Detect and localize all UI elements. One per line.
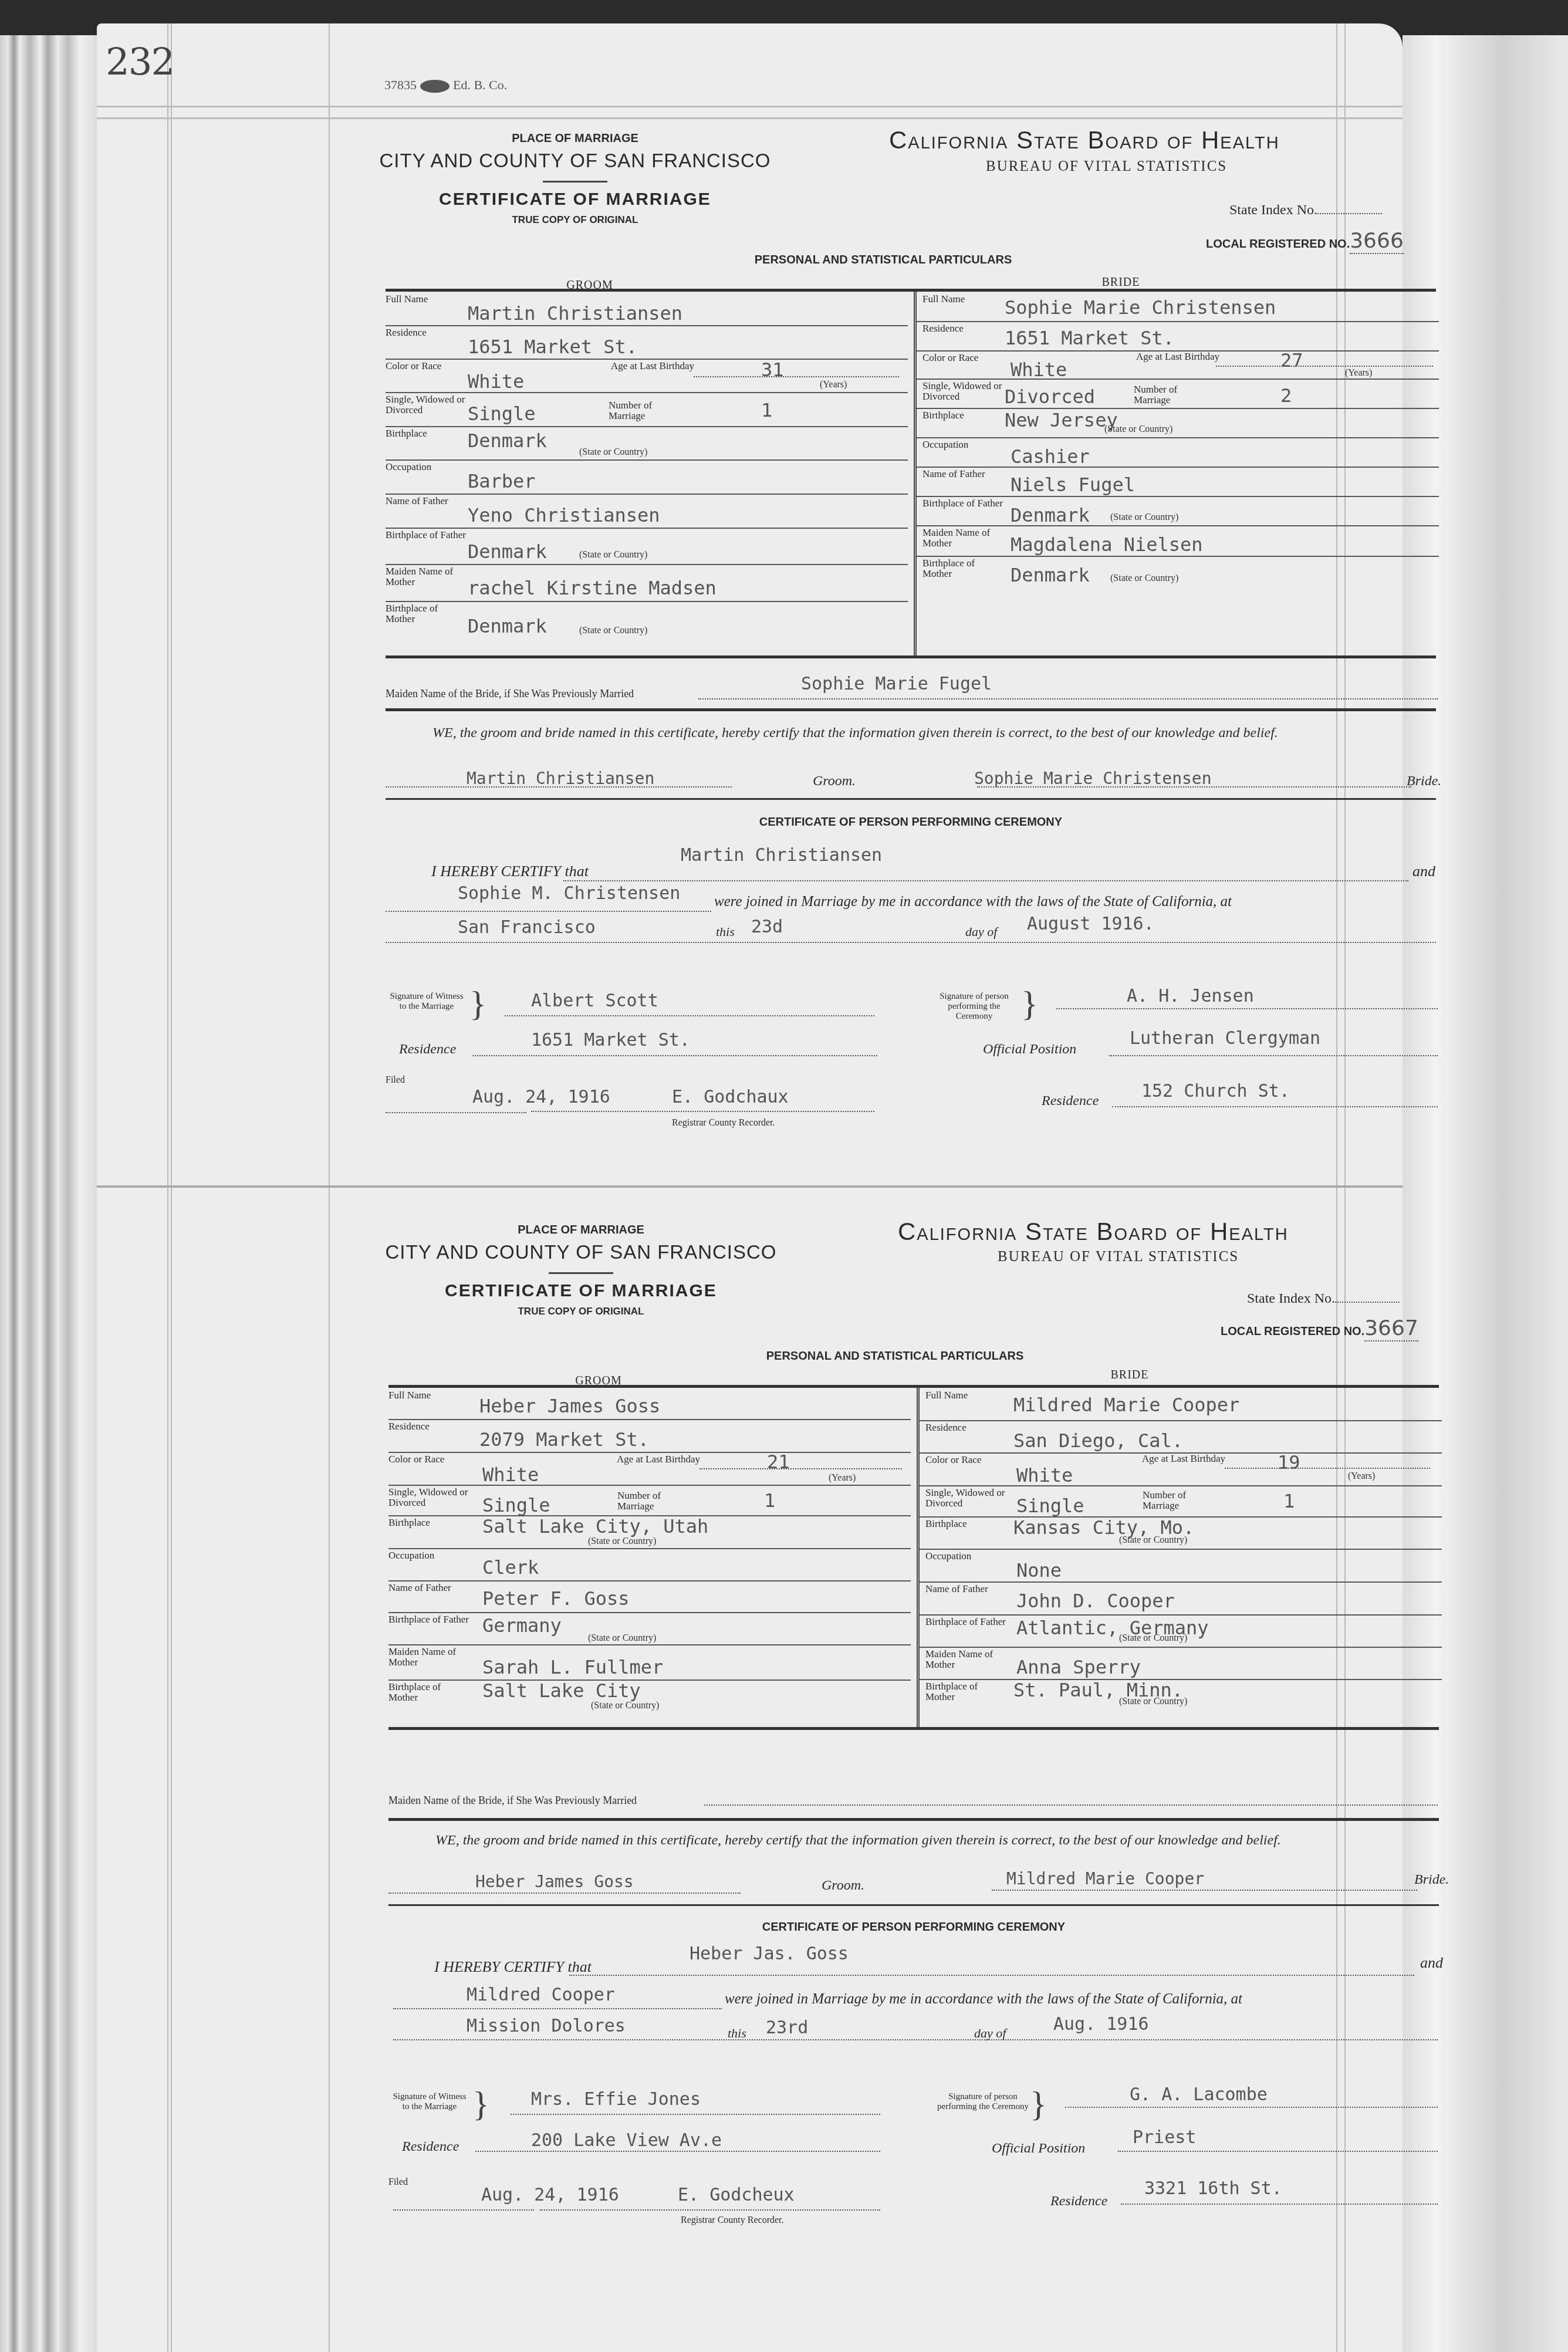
label: Occupation [922, 440, 1005, 450]
label: Occupation [925, 1551, 1008, 1562]
label: Name of Father [388, 1583, 471, 1593]
ledger-binding-edge [0, 35, 100, 2352]
board-title: California State Board of Health [889, 126, 1280, 154]
ceremony-party-1: Heber Jas. Goss [690, 1944, 849, 1964]
label: Residence [925, 1422, 1008, 1433]
dotted-line [699, 1468, 902, 1469]
label: Name of Father [386, 496, 468, 506]
label: Single, Widowed or Divorced [925, 1488, 1008, 1509]
bride-father-row: Name of FatherJohn D. Cooper [920, 1581, 1442, 1616]
dotted-line [505, 1015, 874, 1016]
dotted-line [511, 2114, 880, 2115]
bride-marital-status: Single [1016, 1495, 1084, 1517]
label: Single, Widowed or Divorced [388, 1487, 471, 1508]
bride-role-label: Bride. [1414, 1872, 1449, 1888]
groom-father-name: Yeno Christiansen [468, 504, 660, 526]
dotted-line [1065, 2107, 1438, 2108]
official-position-label: Official Position [983, 1042, 1076, 1057]
label: Color or Race [925, 1455, 1008, 1465]
bride-marital-status: Divorced [1005, 386, 1095, 408]
groom-number-of-marriage: 1 [761, 399, 772, 421]
filed-date: Aug. 24, 1916 [481, 2185, 619, 2205]
divider [386, 708, 1436, 711]
certification-statement: WE, the groom and bride named in this ce… [386, 721, 1436, 745]
groom-full-name-row: Full NameHeber James Goss [388, 1388, 911, 1420]
filed-label: Filed [388, 2177, 408, 2188]
this-label: this [728, 2026, 746, 2041]
ceremony-party-1: Martin Christiansen [681, 845, 882, 866]
local-registered-value: 3667 [1364, 1316, 1418, 1341]
bride-role-label: Bride. [1407, 773, 1441, 789]
divider [549, 1272, 613, 1274]
divider [386, 798, 1436, 800]
label: (Years) [829, 1473, 856, 1483]
dotted-line [1121, 2204, 1438, 2205]
groom-mother-row: Maiden Name of MotherSarah L. Fullmer [388, 1644, 911, 1681]
groom-mother-birthplace-row: Birthplace of MotherSalt Lake City(State… [388, 1679, 911, 1724]
dotted-line [1216, 366, 1433, 367]
bride-number-of-marriage: 2 [1280, 384, 1292, 407]
particulars-title: PERSONAL AND STATISTICAL PARTICULARS [364, 1350, 1426, 1363]
bride-residence: 1651 Market St. [1005, 327, 1174, 349]
dotted-line [472, 1055, 877, 1056]
groom-occupation: Barber [468, 470, 536, 492]
ceremony-party-2: Mildred Cooper [467, 1985, 615, 2005]
label: (State or Country) [588, 1536, 656, 1547]
bride-color-race: White [1011, 359, 1067, 381]
certificate-subtitle: TRUE COPY OF ORIGINAL [364, 214, 786, 226]
bride-signature: Mildred Marie Cooper [1006, 1869, 1204, 1888]
brace-icon: } [472, 2086, 489, 2121]
official-position: Lutheran Clergyman [1130, 1028, 1320, 1049]
dotted-line [1118, 2151, 1438, 2152]
groom-role-label: Groom. [822, 1878, 864, 1894]
header-rule [97, 117, 1403, 119]
bride-full-name-row: Full NameMildred Marie Cooper [920, 1388, 1442, 1421]
bride-column: Full NameMildred Marie Cooper ResidenceS… [917, 1388, 1442, 1727]
groom-color-row: Color or RaceWhiteAge at Last Birthday31… [386, 359, 908, 393]
this-label: this [716, 924, 735, 940]
groom-status-row: Single, Widowed or DivorcedSingleNumber … [388, 1485, 911, 1516]
performing-title: CERTIFICATE OF PERSON PERFORMING CEREMON… [386, 816, 1436, 829]
and-label: and [1412, 863, 1435, 880]
bride-residence-row: ResidenceSan Diego, Cal. [920, 1420, 1442, 1454]
officiant-residence: 152 Church St. [1141, 1081, 1290, 1101]
bride-occupation-row: OccupationNone [920, 1549, 1442, 1583]
bride-full-name: Sophie Marie Christensen [1005, 296, 1276, 319]
bride-birthplace: New Jersey [1005, 409, 1118, 431]
groom-birthplace-row: BirthplaceDenmark(State or Country) [386, 426, 908, 461]
label: Age at Last Birthday [1134, 352, 1222, 362]
label: (State or Country) [579, 626, 647, 636]
witness-residence-label: Residence [399, 1042, 456, 1057]
label: Number of Marriage [1143, 1490, 1207, 1511]
certificate-divider [97, 1185, 1403, 1188]
printer-mark: 37835Ed. B. Co. [384, 77, 507, 93]
dotted-line [1112, 1106, 1438, 1107]
label: Age at Last Birthday [614, 1454, 702, 1465]
joined-statement: were joined in Marriage by me in accorda… [725, 1991, 1242, 2008]
label: (State or Country) [1119, 1697, 1187, 1707]
bride-mother-row: Maiden Name of MotherAnna Sperry [920, 1647, 1442, 1680]
officiant-residence-label: Residence [1042, 1093, 1099, 1109]
printer-name: Ed. B. Co. [453, 77, 507, 92]
label: Color or Race [922, 353, 1005, 363]
particulars-title: PERSONAL AND STATISTICAL PARTICULARS [352, 254, 1414, 267]
label: (State or Country) [579, 550, 647, 560]
bride-status-row: Single, Widowed or DivorcedSingleNumber … [920, 1485, 1442, 1518]
groom-mother-row: Maiden Name of Motherrachel Kirstine Mad… [386, 564, 908, 602]
printer-number: 37835 [384, 77, 417, 92]
bride-residence-row: Residence1651 Market St. [917, 321, 1439, 352]
label: Residence [922, 323, 1005, 334]
label: Birthplace of Mother [922, 558, 1005, 579]
particulars-table: Full NameHeber James Goss Residence2079 … [388, 1385, 1439, 1730]
dotted-line [1225, 1468, 1430, 1469]
state-index-label: State Index No. [1229, 202, 1317, 218]
groom-birthplace: Denmark [468, 430, 547, 452]
and-label: and [1420, 1954, 1443, 1972]
groom-occupation-row: OccupationClerk [388, 1548, 911, 1581]
dotted-line [694, 376, 899, 377]
label: Birthplace [925, 1519, 1008, 1529]
groom-role-label: Groom. [813, 773, 856, 789]
label: (State or Country) [1110, 573, 1178, 584]
official-position: Priest [1133, 2127, 1196, 2148]
dotted-line [992, 1890, 1417, 1891]
label: Maiden Name of Mother [388, 1647, 471, 1668]
groom-residence-row: Residence1651 Market St. [386, 325, 908, 360]
state-index: State Index No. [1247, 1291, 1400, 1307]
bride-mother-row: Maiden Name of MotherMagdalena Nielsen [917, 525, 1439, 557]
bride-residence: San Diego, Cal. [1013, 1430, 1183, 1452]
label: Birthplace of Mother [386, 603, 468, 624]
groom-mother-maiden-name: Sarah L. Fullmer [482, 1656, 663, 1678]
dotted-line [386, 911, 711, 912]
dotted-line [393, 2008, 722, 2009]
bride-occupation: None [1016, 1559, 1062, 1581]
groom-color-race: White [468, 370, 524, 393]
bride-full-name: Mildred Marie Cooper [1013, 1394, 1239, 1416]
label: Occupation [386, 462, 468, 472]
bride-birthplace-row: BirthplaceKansas City, Mo.(State or Coun… [920, 1516, 1442, 1550]
label: (Years) [1348, 1471, 1375, 1482]
place-of-marriage: CITY AND COUNTY OF SAN FRANCISCO [364, 150, 786, 172]
place-of-marriage: CITY AND COUNTY OF SAN FRANCISCO [370, 1241, 792, 1263]
groom-mother-birthplace: Salt Lake City [482, 1679, 641, 1702]
label: Color or Race [388, 1454, 471, 1465]
place-label: PLACE OF MARRIAGE [364, 132, 786, 146]
local-registered-label: LOCAL REGISTERED NO. [1206, 238, 1350, 251]
groom-father-row: Name of FatherYeno Christiansen [386, 494, 908, 529]
label: (State or Country) [579, 447, 647, 458]
label: Birthplace of Father [386, 530, 468, 540]
label: (State or Country) [1119, 1535, 1187, 1546]
bride-heading: BRIDE [871, 1368, 1388, 1382]
bride-number-of-marriage: 1 [1283, 1490, 1295, 1512]
groom-father-birthplace: Germany [482, 1614, 562, 1637]
certificate-title: CERTIFICATE OF MARRIAGE [370, 1281, 792, 1301]
groom-mother-birthplace-row: Birthplace of MotherDenmark(State or Cou… [386, 601, 908, 653]
label: Residence [388, 1421, 471, 1432]
witness-signature: Mrs. Effie Jones [531, 2089, 701, 2110]
bride-age: 19 [1278, 1451, 1300, 1474]
registrar-name: E. Godcheux [678, 2185, 795, 2205]
witness-residence: 1651 Market St. [531, 1030, 690, 1050]
margin-rule [167, 23, 168, 2352]
label: (State or Country) [1119, 1633, 1187, 1644]
bride-color-row: Color or RaceWhiteAge at Last Birthday27… [917, 350, 1439, 380]
dotted-line [475, 2151, 880, 2152]
divider [543, 181, 607, 183]
margin-rule [329, 23, 330, 2352]
groom-status-row: Single, Widowed or DivorcedSingleNumber … [386, 392, 908, 427]
label: Name of Father [925, 1584, 1008, 1594]
label: Full Name [388, 1390, 471, 1401]
label: (Years) [1345, 368, 1372, 379]
certificate-title: CERTIFICATE OF MARRIAGE [364, 190, 786, 209]
margin-rule [171, 23, 172, 2352]
official-position-label: Official Position [992, 2141, 1085, 2157]
registrar-name: E. Godchaux [672, 1087, 789, 1107]
label: Birthplace of Mother [388, 1682, 471, 1703]
label: Single, Widowed or Divorced [922, 381, 1005, 402]
dotted-line [393, 2039, 1438, 2040]
groom-color-row: Color or RaceWhiteAge at Last Birthday21… [388, 1452, 911, 1486]
bureau-title: BUREAU OF VITAL STATISTICS [998, 1249, 1239, 1265]
ceremony-place: San Francisco [458, 917, 596, 938]
divider [388, 1904, 1439, 1906]
bride-heading: BRIDE [863, 276, 1379, 289]
local-registered-label: LOCAL REGISTERED NO. [1221, 1325, 1364, 1338]
joined-statement: were joined in Marriage by me in accorda… [714, 894, 1232, 910]
label: (State or Country) [588, 1633, 656, 1644]
officiant-signature-label: Signature of person performing the Cerem… [936, 2092, 1030, 2112]
label: Full Name [925, 1390, 1008, 1401]
local-registered: LOCAL REGISTERED NO.3666 [1206, 229, 1404, 254]
label: Number of Marriage [609, 400, 673, 421]
header-rule [97, 106, 1403, 107]
brace-icon: } [1021, 986, 1038, 1021]
groom-residence: 1651 Market St. [468, 336, 637, 358]
officiant-residence-label: Residence [1050, 2194, 1107, 2209]
bride-mother-maiden-name: Magdalena Nielsen [1011, 533, 1203, 556]
groom-marital-status: Single [482, 1494, 550, 1516]
ceremony-month-year: August 1916. [1027, 914, 1154, 934]
bride-mother-birthplace: Denmark [1011, 564, 1090, 586]
groom-age: 21 [767, 1451, 790, 1473]
groom-father-birthplace: Denmark [468, 540, 547, 563]
hereby-certify-label: I HEREBY CERTIFY that [431, 863, 589, 880]
groom-age: 31 [761, 359, 784, 381]
officiant-signature-label: Signature of person performing the Cerem… [930, 992, 1018, 1022]
label: (Years) [820, 380, 847, 390]
dotted-line [386, 942, 1436, 943]
ceremony-day: 23rd [766, 2018, 808, 2038]
groom-occupation: Clerk [482, 1556, 539, 1579]
groom-column: Full NameHeber James Goss Residence2079 … [388, 1388, 911, 1727]
label: Birthplace of Father [925, 1617, 1008, 1627]
particulars-table: Full NameMartin Christiansen Residence16… [386, 289, 1436, 658]
officiant-signature: G. A. Lacombe [1130, 2084, 1268, 2105]
state-index: State Index No. [1229, 202, 1382, 218]
dotted-line [698, 698, 1438, 699]
bride-mother-birthplace-row: Birthplace of MotherDenmark(State or Cou… [917, 556, 1439, 591]
label: Birthplace [922, 410, 1005, 421]
registrar-label: Registrar County Recorder. [681, 2215, 784, 2226]
groom-father-birthplace-row: Birthplace of FatherDenmark(State or Cou… [386, 528, 908, 565]
dotted-line [386, 1112, 526, 1113]
dotted-line [1109, 1055, 1438, 1056]
label: Birthplace of Father [922, 498, 1005, 509]
dotted-line [531, 1111, 874, 1112]
groom-residence-row: Residence2079 Market St. [388, 1419, 911, 1453]
certification-statement: WE, the groom and bride named in this ce… [388, 1828, 1439, 1853]
label: Maiden Name of Mother [386, 566, 468, 587]
place-label: PLACE OF MARRIAGE [370, 1224, 792, 1237]
label: Color or Race [386, 361, 468, 371]
bride-birthplace-row: BirthplaceNew Jersey(State or Country) [917, 408, 1439, 438]
label: Maiden Name of Mother [925, 1649, 1008, 1670]
label: Number of Marriage [1134, 384, 1198, 405]
filed-date: Aug. 24, 1916 [472, 1087, 610, 1107]
bride-color-row: Color or RaceWhiteAge at Last Birthday19… [920, 1452, 1442, 1486]
groom-occupation-row: OccupationBarber [386, 459, 908, 495]
groom-full-name: Heber James Goss [479, 1395, 660, 1417]
bride-mother-maiden-name: Anna Sperry [1016, 1656, 1141, 1678]
bride-signature: Sophie Marie Christensen [974, 769, 1212, 788]
bride-full-name-row: Full NameSophie Marie Christensen [917, 292, 1439, 322]
groom-number-of-marriage: 1 [764, 1489, 775, 1512]
groom-signature: Martin Christiansen [467, 769, 654, 788]
label: Maiden Name of Mother [922, 528, 1005, 549]
officiant-residence: 3321 16th St. [1144, 2178, 1282, 2199]
label: Birthplace [388, 1518, 471, 1528]
label: (State or Country) [1110, 512, 1178, 523]
label: (State or Country) [591, 1701, 659, 1711]
label: Occupation [388, 1550, 471, 1561]
ceremony-month-year: Aug. 1916 [1053, 2014, 1149, 2035]
bureau-title: BUREAU OF VITAL STATISTICS [986, 158, 1227, 175]
groom-father-row: Name of FatherPeter F. Goss [388, 1580, 911, 1613]
local-registered-value: 3666 [1350, 229, 1404, 254]
state-index-value [1335, 1302, 1400, 1303]
groom-mother-birthplace: Denmark [468, 615, 547, 637]
label: Birthplace of Mother [925, 1681, 1008, 1702]
day-of-label: day of [974, 2026, 1006, 2041]
dotted-line [563, 880, 1408, 881]
label: (State or Country) [1104, 424, 1172, 435]
label: Number of Marriage [617, 1491, 682, 1512]
groom-column: Full NameMartin Christiansen Residence16… [386, 292, 908, 655]
dotted-line [393, 2209, 534, 2211]
witness-signature-label: Signature of Witness to the Marriage [388, 2092, 471, 2112]
bride-occupation-row: OccupationCashier [917, 437, 1439, 468]
label: Single, Widowed or Divorced [386, 394, 468, 415]
bride-father-birthplace-row: Birthplace of FatherDenmark(State or Cou… [917, 496, 1439, 526]
bride-father-name: Niels Fugel [1011, 474, 1135, 496]
groom-color-race: White [482, 1464, 539, 1486]
groom-mother-maiden-name: rachel Kirstine Madsen [468, 577, 717, 599]
ceremony-party-2: Sophie M. Christensen [458, 883, 680, 904]
groom-signature: Heber James Goss [475, 1872, 634, 1891]
label: Name of Father [922, 469, 1005, 479]
groom-birthplace: Salt Lake City, Utah [482, 1515, 708, 1537]
groom-marital-status: Single [468, 403, 536, 425]
ceremony-place: Mission Dolores [467, 2016, 626, 2036]
dotted-line [540, 2209, 880, 2211]
state-index-value [1317, 213, 1382, 214]
witness-residence: 200 Lake View Av.e [531, 2130, 722, 2151]
officiant-signature: A. H. Jensen [1127, 986, 1254, 1006]
label: Residence [386, 327, 468, 338]
bride-mother-birthplace-row: Birthplace of MotherSt. Paul, Minn.(Stat… [920, 1679, 1442, 1723]
groom-residence: 2079 Market St. [479, 1428, 649, 1451]
bride-maiden-label: Maiden Name of the Bride, if She Was Pre… [388, 1795, 637, 1807]
dotted-line [388, 1893, 741, 1894]
bride-maiden-name: Sophie Marie Fugel [801, 674, 992, 694]
bride-father-birthplace-row: Birthplace of FatherAtlantic, Germany(St… [920, 1614, 1442, 1648]
witness-signature-label: Signature of Witness to the Marriage [386, 992, 468, 1012]
bride-father-row: Name of FatherNiels Fugel [917, 467, 1439, 497]
brace-icon: } [1030, 2086, 1047, 2121]
groom-full-name: Martin Christiansen [468, 302, 682, 325]
dotted-line [1056, 1008, 1438, 1009]
hereby-certify-label: I HEREBY CERTIFY that [434, 1958, 592, 1976]
label: Birthplace [386, 428, 468, 439]
performing-title: CERTIFICATE OF PERSON PERFORMING CEREMON… [388, 1921, 1439, 1934]
groom-birthplace-row: BirthplaceSalt Lake City, Utah(State or … [388, 1515, 911, 1549]
filed-label: Filed [386, 1075, 405, 1086]
divider [388, 1818, 1439, 1821]
witness-signature: Albert Scott [531, 991, 658, 1011]
label: Age at Last Birthday [1140, 1454, 1228, 1464]
board-title: California State Board of Health [898, 1218, 1289, 1246]
ceremony-day: 23d [751, 917, 783, 937]
groom-father-birthplace-row: Birthplace of FatherGermany(State or Cou… [388, 1612, 911, 1645]
bride-age: 27 [1280, 349, 1303, 371]
bride-father-birthplace: Denmark [1011, 504, 1090, 526]
brace-icon: } [469, 986, 486, 1021]
certificate-subtitle: TRUE COPY OF ORIGINAL [370, 1306, 792, 1317]
witness-residence-label: Residence [402, 2139, 459, 2155]
dotted-line [569, 1975, 1414, 1976]
state-index-label: State Index No. [1247, 1291, 1335, 1306]
label: Full Name [386, 294, 468, 305]
label: Full Name [922, 294, 1005, 305]
day-of-label: day of [965, 924, 997, 940]
registrar-label: Registrar County Recorder. [672, 1118, 775, 1128]
bride-color-race: White [1016, 1464, 1073, 1486]
groom-father-name: Peter F. Goss [482, 1587, 629, 1610]
union-label-icon [420, 80, 450, 93]
label: Age at Last Birthday [609, 361, 697, 371]
page-number: 232 [106, 41, 174, 85]
groom-full-name-row: Full NameMartin Christiansen [386, 292, 908, 326]
bride-father-name: John D. Cooper [1016, 1590, 1175, 1612]
dotted-line [704, 1804, 1438, 1806]
local-registered: LOCAL REGISTERED NO.3667 [1221, 1316, 1418, 1341]
label: Birthplace of Father [388, 1614, 471, 1625]
bride-maiden-label: Maiden Name of the Bride, if She Was Pre… [386, 688, 634, 700]
bride-column: Full NameSophie Marie Christensen Reside… [914, 292, 1439, 655]
bride-status-row: Single, Widowed or DivorcedDivorcedNumbe… [917, 379, 1439, 409]
bride-occupation: Cashier [1011, 445, 1090, 468]
